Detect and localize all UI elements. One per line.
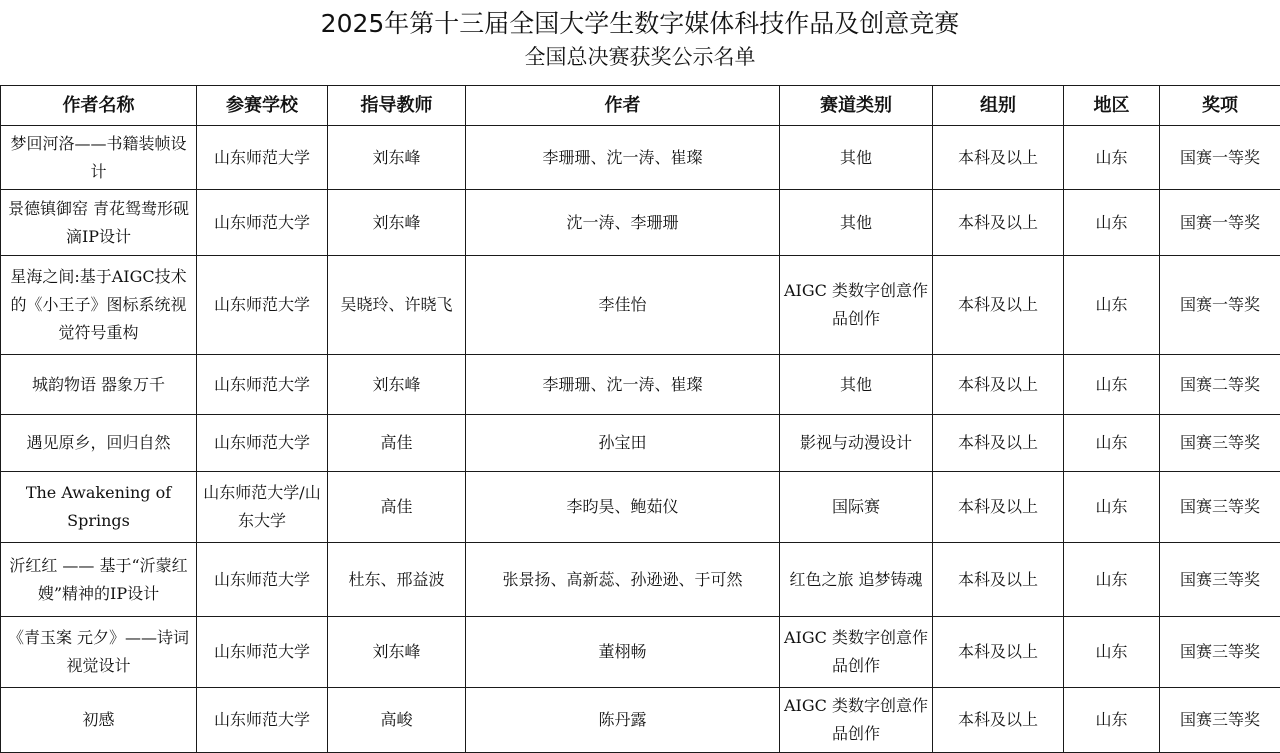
table-row: 初感山东师范大学高峻陈丹露AIGC 类数字创意作品创作本科及以上山东国赛三等奖	[1, 688, 1280, 753]
cell-work: 沂红红 —— 基于“沂蒙红嫂”精神的IP设计	[1, 543, 197, 617]
cell-track: 影视与动漫设计	[780, 415, 933, 472]
document-title: 2025年第十三届全国大学生数字媒体科技作品及创意竞赛	[0, 0, 1280, 40]
table-row: 景德镇御窑 青花鸳鸯形砚滴IP设计山东师范大学刘东峰沈一涛、李珊珊其他本科及以上…	[1, 190, 1280, 256]
cell-school: 山东师范大学	[197, 617, 328, 688]
document-subtitle: 全国总决赛获奖公示名单	[0, 40, 1280, 74]
cell-award: 国赛一等奖	[1160, 190, 1280, 256]
cell-track: AIGC 类数字创意作品创作	[780, 256, 933, 355]
cell-advisor: 刘东峰	[328, 126, 466, 190]
cell-track: 其他	[780, 126, 933, 190]
cell-award: 国赛二等奖	[1160, 355, 1280, 415]
cell-group: 本科及以上	[933, 355, 1064, 415]
cell-award: 国赛三等奖	[1160, 472, 1280, 543]
table-row: 城韵物语 器象万千山东师范大学刘东峰李珊珊、沈一涛、崔璨其他本科及以上山东国赛二…	[1, 355, 1280, 415]
cell-track: AIGC 类数字创意作品创作	[780, 617, 933, 688]
cell-award: 国赛三等奖	[1160, 415, 1280, 472]
cell-authors: 李佳怡	[466, 256, 780, 355]
table-row: The Awakening of Springs山东师范大学/山东大学高佳李昀昊…	[1, 472, 1280, 543]
cell-authors: 沈一涛、李珊珊	[466, 190, 780, 256]
cell-region: 山东	[1064, 688, 1160, 753]
cell-track: 其他	[780, 190, 933, 256]
cell-group: 本科及以上	[933, 126, 1064, 190]
cell-award: 国赛三等奖	[1160, 688, 1280, 753]
cell-work: 城韵物语 器象万千	[1, 355, 197, 415]
table-row: 梦回河洛——书籍装帧设计山东师范大学刘东峰李珊珊、沈一涛、崔璨其他本科及以上山东…	[1, 126, 1280, 190]
cell-group: 本科及以上	[933, 415, 1064, 472]
table-header-row: 作者名称 参赛学校 指导教师 作者 赛道类别 组别 地区 奖项	[1, 86, 1280, 126]
cell-track: 红色之旅 追梦铸魂	[780, 543, 933, 617]
cell-authors: 董栩畅	[466, 617, 780, 688]
cell-work: The Awakening of Springs	[1, 472, 197, 543]
cell-region: 山东	[1064, 190, 1160, 256]
cell-school: 山东师范大学	[197, 126, 328, 190]
cell-region: 山东	[1064, 617, 1160, 688]
cell-school: 山东师范大学	[197, 415, 328, 472]
cell-work: 《青玉案 元夕》——诗词视觉设计	[1, 617, 197, 688]
cell-school: 山东师范大学	[197, 190, 328, 256]
cell-school: 山东师范大学/山东大学	[197, 472, 328, 543]
cell-advisor: 刘东峰	[328, 617, 466, 688]
cell-group: 本科及以上	[933, 256, 1064, 355]
cell-award: 国赛一等奖	[1160, 256, 1280, 355]
cell-advisor: 高佳	[328, 472, 466, 543]
column-header-work: 作者名称	[1, 86, 197, 126]
cell-region: 山东	[1064, 355, 1160, 415]
cell-award: 国赛一等奖	[1160, 126, 1280, 190]
table-row: 遇见原乡，回归自然山东师范大学高佳孙宝田影视与动漫设计本科及以上山东国赛三等奖	[1, 415, 1280, 472]
table-row: 《青玉案 元夕》——诗词视觉设计山东师范大学刘东峰董栩畅AIGC 类数字创意作品…	[1, 617, 1280, 688]
column-header-group: 组别	[933, 86, 1064, 126]
cell-group: 本科及以上	[933, 617, 1064, 688]
cell-school: 山东师范大学	[197, 543, 328, 617]
cell-school: 山东师范大学	[197, 688, 328, 753]
cell-group: 本科及以上	[933, 688, 1064, 753]
cell-work: 遇见原乡，回归自然	[1, 415, 197, 472]
cell-group: 本科及以上	[933, 472, 1064, 543]
cell-group: 本科及以上	[933, 543, 1064, 617]
cell-work: 星海之间:基于AIGC技术的《小王子》图标系统视觉符号重构	[1, 256, 197, 355]
cell-work: 初感	[1, 688, 197, 753]
cell-authors: 李珊珊、沈一涛、崔璨	[466, 126, 780, 190]
cell-group: 本科及以上	[933, 190, 1064, 256]
cell-advisor: 杜东、邢益波	[328, 543, 466, 617]
cell-authors: 张景扬、高新蕊、孙逊逊、于可然	[466, 543, 780, 617]
cell-region: 山东	[1064, 472, 1160, 543]
cell-region: 山东	[1064, 543, 1160, 617]
column-header-authors: 作者	[466, 86, 780, 126]
cell-work: 梦回河洛——书籍装帧设计	[1, 126, 197, 190]
cell-region: 山东	[1064, 126, 1160, 190]
cell-advisor: 高峻	[328, 688, 466, 753]
cell-authors: 孙宝田	[466, 415, 780, 472]
column-header-region: 地区	[1064, 86, 1160, 126]
cell-track: 国际赛	[780, 472, 933, 543]
cell-award: 国赛三等奖	[1160, 543, 1280, 617]
cell-authors: 陈丹露	[466, 688, 780, 753]
cell-region: 山东	[1064, 415, 1160, 472]
cell-advisor: 吴晓玲、许晓飞	[328, 256, 466, 355]
cell-track: 其他	[780, 355, 933, 415]
column-header-award: 奖项	[1160, 86, 1280, 126]
document-header: 2025年第十三届全国大学生数字媒体科技作品及创意竞赛 全国总决赛获奖公示名单	[0, 0, 1280, 85]
cell-school: 山东师范大学	[197, 256, 328, 355]
cell-work: 景德镇御窑 青花鸳鸯形砚滴IP设计	[1, 190, 197, 256]
cell-advisor: 高佳	[328, 415, 466, 472]
cell-school: 山东师范大学	[197, 355, 328, 415]
column-header-track: 赛道类别	[780, 86, 933, 126]
cell-advisor: 刘东峰	[328, 190, 466, 256]
table-row: 星海之间:基于AIGC技术的《小王子》图标系统视觉符号重构山东师范大学吴晓玲、许…	[1, 256, 1280, 355]
awards-table: 作者名称 参赛学校 指导教师 作者 赛道类别 组别 地区 奖项 梦回河洛——书籍…	[0, 85, 1280, 753]
cell-region: 山东	[1064, 256, 1160, 355]
cell-track: AIGC 类数字创意作品创作	[780, 688, 933, 753]
column-header-advisor: 指导教师	[328, 86, 466, 126]
column-header-school: 参赛学校	[197, 86, 328, 126]
table-row: 沂红红 —— 基于“沂蒙红嫂”精神的IP设计山东师范大学杜东、邢益波张景扬、高新…	[1, 543, 1280, 617]
cell-authors: 李昀昊、鲍茹仪	[466, 472, 780, 543]
cell-award: 国赛三等奖	[1160, 617, 1280, 688]
cell-advisor: 刘东峰	[328, 355, 466, 415]
cell-authors: 李珊珊、沈一涛、崔璨	[466, 355, 780, 415]
